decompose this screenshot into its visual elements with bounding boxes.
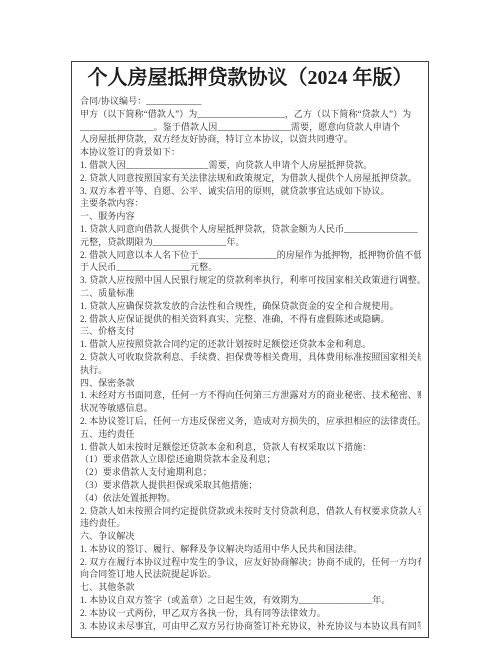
document-body: 合同/协议编号：____________甲方（以下简称“借款人”）为______… bbox=[72, 95, 428, 632]
document-line: 1. 借款人因__________________需要，向贷款人申请个人房屋抵押… bbox=[80, 159, 421, 172]
document-line: 本协议签订的背景如下： bbox=[80, 146, 421, 159]
document-line: 主要条款内容： bbox=[80, 197, 421, 210]
document-line: （3）要求借款人提供担保或采取其他措施； bbox=[80, 479, 421, 492]
document-line: 甲方（以下简称“借款人”）为___________________，乙方（以下简… bbox=[80, 108, 421, 121]
document-line: 五、违约责任 bbox=[80, 428, 421, 441]
document-line: 二、质量标准 bbox=[80, 287, 421, 300]
document-line: 2. 双方在履行本协议过程中发生的争议，应友好协商解决；协商不成的，任何一方均有… bbox=[80, 556, 421, 569]
document-line: 1. 贷款人同意向借款人提供个人房屋抵押贷款，贷款金额为人民币_________… bbox=[80, 223, 421, 236]
document-line: 向合同签订地人民法院提起诉讼。 bbox=[80, 568, 421, 581]
document-line: 2. 贷款人同意按照国家有关法律法规和政策规定，为借款人提供个人房屋抵押贷款。 bbox=[80, 172, 421, 185]
document-line: 1. 本协议自双方签字（或盖章）之日起生效，有效期为______________… bbox=[80, 594, 421, 607]
document-line: 3. 本协议未尽事宜，可由甲乙双方另行协商签订补充协议，补充协议与本协议具有同等… bbox=[80, 620, 421, 633]
document-line: 合同/协议编号：____________ bbox=[80, 95, 421, 108]
document-line: （1）要求借款人立即偿还逾期贷款本金及利息； bbox=[80, 453, 421, 466]
document-line: 1. 借款人如未按时足额偿还贷款本金和利息，贷款人有权采取以下措施： bbox=[80, 441, 421, 454]
document-line: 于人民币________________元整。 bbox=[80, 261, 421, 274]
document-title: 个人房屋抵押贷款协议（2024 年版） bbox=[72, 65, 428, 92]
document-line: 六、争议解决 bbox=[80, 530, 421, 543]
document-line: 2. 借款人同意以本人名下位于_________________的房屋作为抵押物… bbox=[80, 249, 421, 262]
document-line: 三、价格支付 bbox=[80, 325, 421, 338]
document-line: ________________。鉴于借款人因________________需… bbox=[80, 121, 421, 134]
document-line: 1. 贷款人应确保贷款发放的合法性和合规性，确保贷款资金的安全和合规使用。 bbox=[80, 300, 421, 313]
document-line: 人房屋抵押贷款，双方经友好协商，特订立本协议，以资共同遵守。 bbox=[80, 133, 421, 146]
document-line: 2. 本协议一式两份，甲乙双方各执一份，具有同等法律效力。 bbox=[80, 607, 421, 620]
document-line: 2. 本协议签订后，任何一方违反保密义务，造成对方损失的，应承担相应的法律责任。 bbox=[80, 415, 421, 428]
document-line: 1. 本协议的签订、履行、解释及争议解决均适用中华人民共和国法律。 bbox=[80, 543, 421, 556]
document-line: 2. 借款人应保证提供的相关资料真实、完整、准确，不得有虚假陈述或隐瞒。 bbox=[80, 313, 421, 326]
contract-document: 个人房屋抵押贷款协议（2024 年版） 合同/协议编号：____________… bbox=[71, 61, 429, 638]
document-line: 元整，贷款期限为________________年。 bbox=[80, 236, 421, 249]
document-line: 1. 借款人应按照贷款合同约定的还款计划按时足额偿还贷款本金和利息。 bbox=[80, 338, 421, 351]
document-line: 违约责任。 bbox=[80, 517, 421, 530]
document-line: 3. 双方本着平等、自愿、公平、诚实信用的原则，就贷款事宜达成如下协议。 bbox=[80, 185, 421, 198]
document-line: 一、服务内容 bbox=[80, 210, 421, 223]
document-line: 状况等敏感信息。 bbox=[80, 402, 421, 415]
document-line: 四、保密条款 bbox=[80, 377, 421, 390]
document-line: （2）要求借款人支付逾期利息； bbox=[80, 466, 421, 479]
document-line: 1. 未经对方书面同意，任何一方不得向任何第三方泄露对方的商业秘密、技术秘密、财… bbox=[80, 389, 421, 402]
document-line: （4）依法处置抵押物。 bbox=[80, 492, 421, 505]
document-line: 2. 贷款人如未按照合同约定提供贷款或未按时支付贷款利息，借款人有权要求贷款人承… bbox=[80, 505, 421, 518]
document-line: 执行。 bbox=[80, 364, 421, 377]
document-line: 3. 贷款人应按照中国人民银行规定的贷款利率执行，利率可按国家相关政策进行调整。 bbox=[80, 274, 421, 287]
document-line: 2. 贷款人可收取贷款利息、手续费、担保费等相关费用，具体费用标准按照国家相关规… bbox=[80, 351, 421, 364]
document-line: 七、其他条款 bbox=[80, 581, 421, 594]
